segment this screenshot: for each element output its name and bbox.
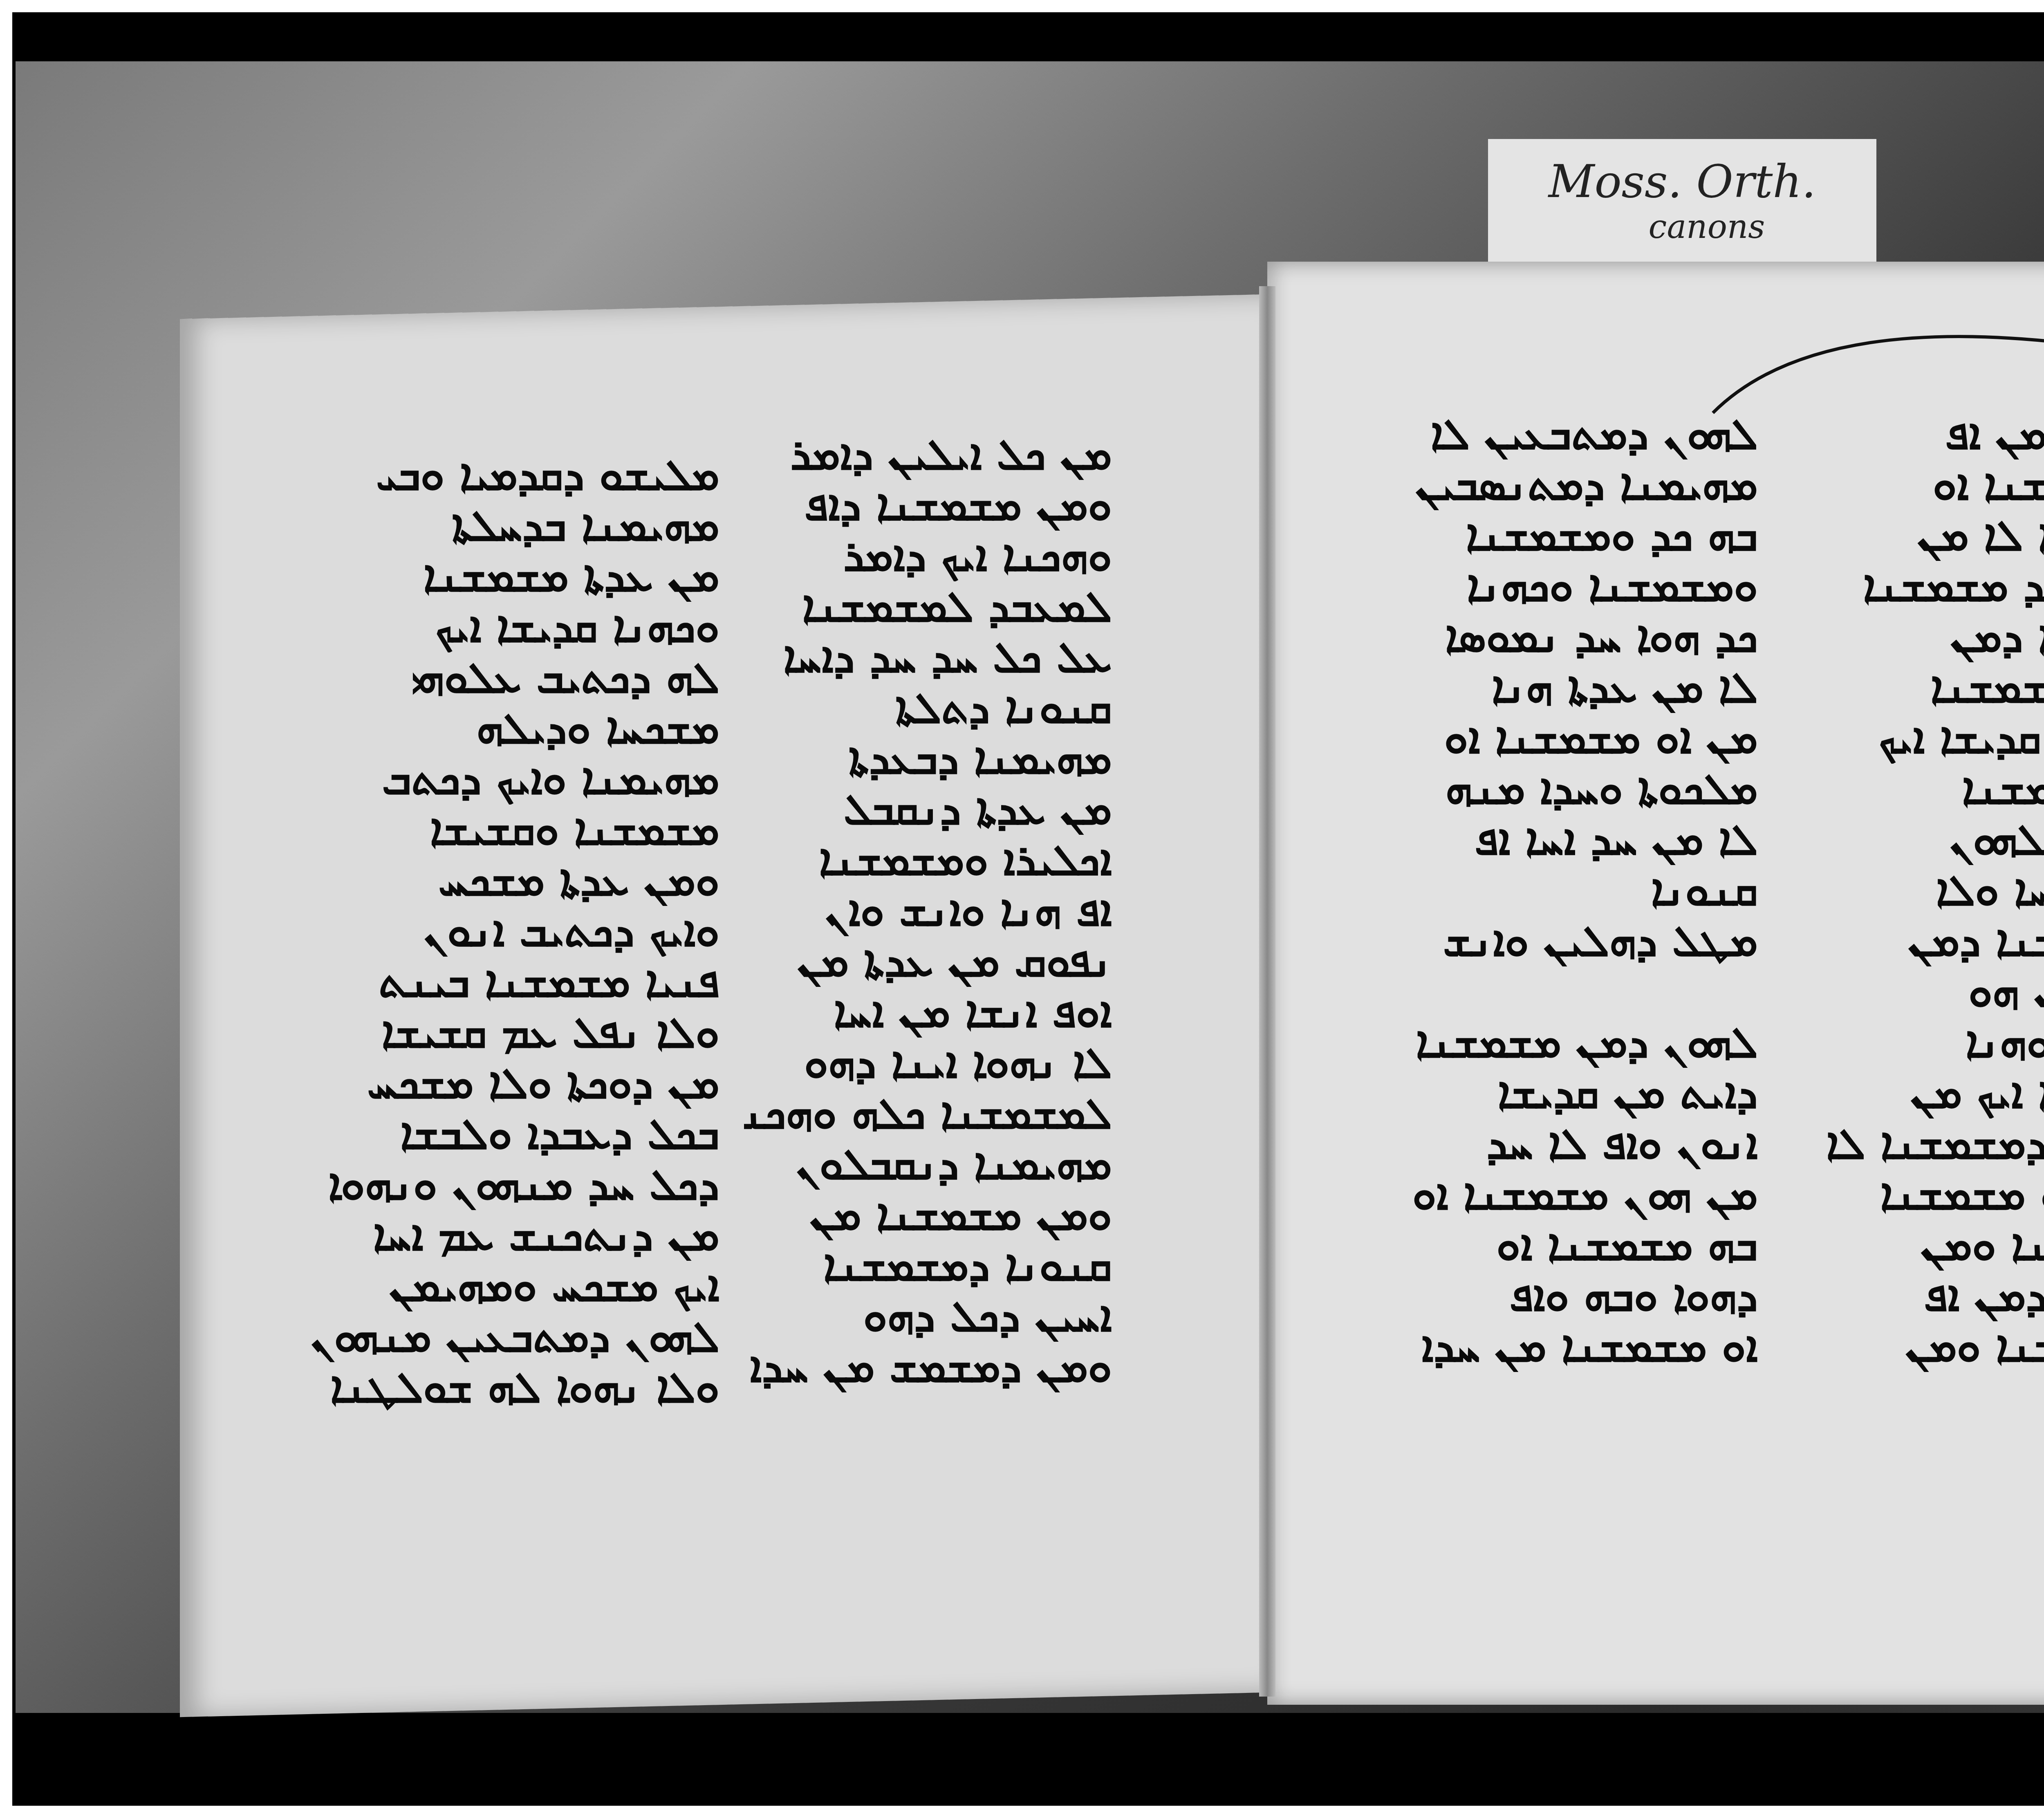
text-line: ܡܢ ܥܕܬܐ ܕܢܩܒܠ — [744, 784, 1112, 835]
text-line: ܘܠܐ ܢܦܠ ܥܡ ܩܫܝܫܐ — [311, 1007, 719, 1058]
text-line: ܒܝܕ ܗܘ ܟܕ ܡܫܡܫܢܐ — [1799, 561, 2044, 612]
text-line: ܐܘ ܡܫܡܫܢܐ ܡܢ ܚܕܐ — [1390, 1321, 1758, 1372]
label-line-1: Moss. Orth. — [1549, 155, 1816, 208]
text-line: ܒܟܠ ܕܥܒܕܐ ܘܠܒܫܐ — [311, 1109, 719, 1159]
text-line: ܐܘ ܡܫܡܫܢܐ ܘܡܢ — [1799, 1220, 2044, 1271]
text-line: ܩܢܘܢܐ ܕܟܠܗܘܢ — [1799, 814, 2044, 865]
text-line: ܡܛܠ ܕܗܠܝܢ ܘܐܢܫ — [1390, 916, 1758, 966]
text-line: ܘܡܢ ܡܫܡܫܢܐ ܕܐܦ — [744, 480, 1112, 531]
text-line: ܐܦ ܗܢܐ ܘܐܢܫ ܘܐܢ — [744, 885, 1112, 936]
text-line: ܘܡܫܡܫܢܐ ܠܐ ܡܢ — [1799, 510, 2044, 561]
text-line: ܡܠܝܫܘ ܕܩܕܡܝܐ ܘܒܝ — [311, 450, 719, 500]
text-line: ܠܐ ܡܢ ܚܕ ܐܚܐ ܐܦ — [1390, 814, 1758, 865]
text-line: ܡܫܡܫܢܐ ܡܢ ܐܦ — [1799, 409, 2044, 460]
text-line: ܐܘܦ ܐܢܫܐ ܡܢ ܐܚܐ — [744, 987, 1112, 1038]
text-line: ܟܕ ܗܘܐ ܚܕ ܢܡܘܣܐ — [1390, 612, 1758, 662]
text-line: ܘܡܫܡܫܢܐ ܐܝܟ ܡܢ — [1799, 1068, 2044, 1119]
text-line — [1390, 966, 1758, 1017]
text-line: ܡܫܟܚܐ ܘܕܝܠܗ — [311, 703, 719, 754]
text-line: ܕܐܝܬ ܡܢ ܩܕܝܫܐ — [1390, 1068, 1758, 1119]
text-line: ܩܢܘܢܐ ܕܬܠܬܐ — [744, 683, 1112, 733]
text-line: ܐܚܝܢ ܕܟܠ ܕܗܘ — [744, 1291, 1112, 1342]
text-line: ܠܡܥܒܕ ܠܡܫܡܫܢܐ — [744, 581, 1112, 632]
text-line: ܠܗܘܢ ܕܡܬܒܥܝܢ ܡܢܗܘܢ — [311, 1311, 719, 1362]
left-page-outer-column: ܡܠܝܫܘ ܕܩܕܡܝܐ ܘܒܝ ܡܗܝܡܢܐ ܒܕܚܠܬܐ ܡܢ ܥܕܬܐ ܡ… — [311, 450, 719, 1413]
text-line: ܡܢ ܗܘܢ ܡܫܡܫܢܐ ܐܘ — [1390, 1169, 1758, 1220]
text-line: ܩܢܘܢܐ ܡܢ ܗܘ — [1799, 966, 2044, 1017]
text-line: ܡܠܟܘܬܐ ܘܚܕܐ ܡܢܗ — [1390, 764, 1758, 814]
catalogue-label-card: Moss. Orth. canons — [1488, 139, 1876, 262]
text-line: ܡܗܝܡܢܐ ܘܐܝܟ ܕܟܬܒ — [311, 754, 719, 805]
text-line: ܒܗ ܟܕ ܘܡܫܡܫܢܐ — [1390, 510, 1758, 561]
text-line: ܘܗܢܐ ܡܫܡܫܢܐ — [1799, 764, 2044, 814]
text-line: ܡܢ ܕܢܬܟܢܫ ܥܡ ܐܚܐ — [311, 1210, 719, 1261]
text-line: ܡܗܝܡܢܐ ܕܡܬܢܣܒܝܢ — [1390, 460, 1758, 510]
text-line: ܘܠܐ ܗܘܐ ܘܗܢܐ — [1799, 1017, 2044, 1068]
text-line: ܡܢ ܥܕܬܐ ܡܫܡܫܢܐ — [311, 551, 719, 602]
text-line: ܢܦܘܩ ܡܢ ܥܕܬܐ ܡܢ — [744, 936, 1112, 987]
text-line: ܡܢ ܡܫܡܫܢܐ ܕܡܢ — [1799, 916, 2044, 966]
right-page-outer-column: ܡܫܡܫܢܐ ܡܢ ܐܦ ܘܠܐ ܡܫܡܫܢܐ ܐܘ ܘܡܫܡܫܢܐ ܠܐ ܡܢ… — [1799, 409, 2044, 1372]
text-line: ܘܡܢ ܥܕܬܐ ܡܫܟܚ — [311, 855, 719, 906]
text-line: ܡܫܡܫܢܐ ܕܡܫܡܫܢܐ ܠܐ — [1799, 1119, 2044, 1169]
text-line: ܡܢ ܕܘܟܬܐ ܘܠܐ ܡܫܟܚ — [311, 1058, 719, 1109]
text-line: ܘܡܢ ܕܡܫܡܫ ܡܢ ܚܕܐ — [744, 1342, 1112, 1392]
text-line: ܠܗܘܢ ܕܡܬܒܥܝܢ ܠܐ — [1390, 409, 1758, 460]
text-line: ܡܢ ܐܚܐ ܡܫܡܫܢܐ — [1799, 662, 2044, 713]
text-line: ܡܢ ܡܫܡܫܢܐ ܘܡܢ — [1799, 1321, 2044, 1372]
text-line: ܒܗ ܡܫܡܫܢܐ ܐܘ — [1390, 1220, 1758, 1271]
text-line: ܐܟܠܝܪܐ ܘܡܫܡܫܢܐ — [744, 835, 1112, 885]
text-line: ܠܡܫܡܫܢܐ ܟܠܗ ܘܗܟܢܐ — [744, 1088, 1112, 1139]
left-page-inner-column: ܡܢ ܟܠ ܐܝܠܝܢ ܕܐܡܪ ܘܡܢ ܡܫܡܫܢܐ ܕܐܦ ܘܗܟܢܐ ܐܝ… — [744, 429, 1112, 1392]
text-line: ܘܟܗܢܐ ܩܕܝܫܐ ܐܝܟ — [311, 602, 719, 652]
headpiece-flourish-icon — [1709, 311, 2044, 417]
text-line: ܘܗܟܢܐ ܐܝܟ ܕܐܡܪ — [744, 531, 1112, 581]
text-line: ܘܐܝܟ ܕܟܬܝܒ ܐܢܘܢ — [311, 906, 719, 957]
text-line: ܡܢ ܐܢܫ ܐܚܐ ܘܠܐ — [1799, 865, 2044, 916]
text-line: ܡܗܝܡܢܐ ܕܒܥܕܬܐ — [744, 733, 1112, 784]
text-line: ܡܗܝܡܢܐ ܒܕܚܠܬܐ — [311, 500, 719, 551]
text-line: ܢܗܘܐ ܡܢ ܩܕܝܫܐ ܐܝܟ — [1799, 713, 2044, 764]
text-line: ܡܢ ܟܠ ܐܝܠܝܢ ܕܐܡܪ — [744, 429, 1112, 480]
text-line: ܡܢ ܐܘ ܡܫܡܫܢܐ ܐܘ — [1390, 713, 1758, 764]
book-gutter — [1259, 286, 1275, 1697]
text-line: ܡܫܡܫܢܐ ܕܡܢ ܐܦ — [1799, 1271, 2044, 1321]
text-line: ܠܐ ܢܗܘܐ ܐܝܢܐ ܕܗܘ — [744, 1038, 1112, 1088]
text-line: ܦܢܝܐ ܡܫܡܫܢܐ ܒܝܢܬ — [311, 957, 719, 1007]
text-line: ܠܗܘܢ ܕܡܢ ܡܫܡܫܢܐ — [1390, 1017, 1758, 1068]
text-line: ܘܡܫܡܫܢܐ ܘܟܗܢܐ — [1390, 561, 1758, 612]
text-line: ܥܠ ܟܠ ܚܕ ܚܕ ܕܐܚܐ — [744, 632, 1112, 683]
text-line: ܕܗܘܐ ܘܒܗ ܘܐܦ — [1390, 1271, 1758, 1321]
text-line: ܠܗ ܕܟܬܝܒ ܥܠܘܗܝ — [311, 652, 719, 703]
text-line: ܡܫܡܫܢܐ ܘܩܫܝܫܐ — [311, 805, 719, 855]
right-page-inner-column: ܠܗܘܢ ܕܡܬܒܥܝܢ ܠܐ ܡܗܝܡܢܐ ܕܡܬܢܣܒܝܢ ܒܗ ܟܕ ܘܡ… — [1390, 409, 1758, 1372]
text-line: ܠܐ ܡܢ ܥܕܬܐ ܗܢܐ — [1390, 662, 1758, 713]
text-line: ܕܟܠ ܚܕ ܡܢܗܘܢ ܘܢܗܘܐ — [311, 1159, 719, 1210]
text-line: ܩܢܘܢܐ — [1390, 865, 1758, 916]
text-line: ܡܗܝܡܢܐ ܕܢܩܒܠܘܢ — [744, 1139, 1112, 1190]
label-line-2: canons — [1649, 208, 1765, 246]
text-line: ܐܢܘܢ ܘܐܦ ܠܐ ܚܕ — [1390, 1119, 1758, 1169]
text-line: ܩܢܘܢܐ ܕܡܫܡܫܢܐ — [744, 1240, 1112, 1291]
text-line: ܘܠܐ ܡܫܡܫܢܐ ܐܘ — [1799, 460, 2044, 510]
text-line: ܘܡܫܡܫܢܐ ܕܡܢ — [1799, 612, 2044, 662]
text-line: ܘܡܢ ܡܫܡܫܢܐ ܡܢ — [744, 1190, 1112, 1240]
text-line: ܠܐ ܐܢܫ ܐܘ ܡܫܡܫܢܐ — [1799, 1169, 2044, 1220]
text-line: ܘܠܐ ܢܗܘܐ ܠܗ ܫܘܠܛܢܐ — [311, 1362, 719, 1413]
text-line: ܐܝܟ ܡܫܟܚ ܘܡܗܝܡܢ — [311, 1261, 719, 1311]
